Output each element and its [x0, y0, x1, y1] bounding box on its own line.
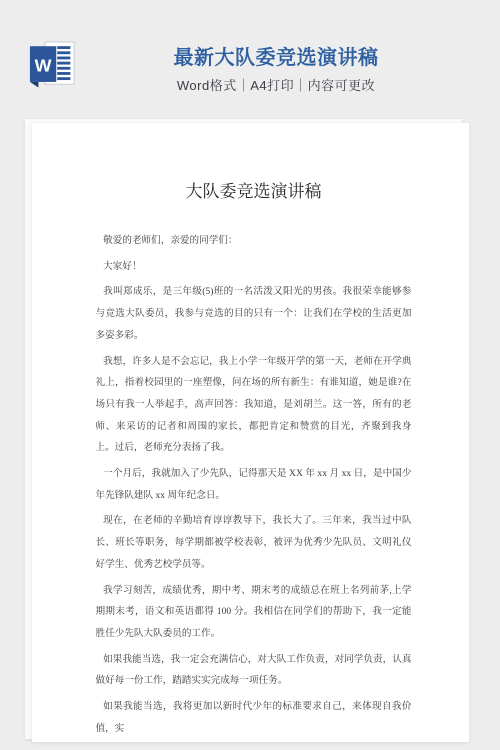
template-title: 最新大队委竞选演讲稿 — [52, 46, 500, 70]
document-page: 大队委竞选演讲稿 敬爱的老师们，亲爱的同学们：大家好！我叫郑成乐，是三年级(5)… — [32, 123, 469, 742]
paragraph: 现在，在老师的辛勤培育谆谆教导下，我长大了。三年来，我当过中队长、班长等职务，每… — [96, 510, 412, 575]
paragraph: 我叫郑成乐，是三年级(5)班的一名活泼又阳光的男孩。我很荣幸能够参与竞选大队委员… — [96, 281, 412, 346]
app-header: W 最新大队委竞选演讲稿 Word格式｜A4打印｜内容可更改 — [0, 0, 500, 123]
document-preview: 大队委竞选演讲稿 敬爱的老师们，亲爱的同学们：大家好！我叫郑成乐，是三年级(5)… — [32, 123, 469, 742]
paragraph: 我想，许多人是不会忘记，我上小学一年级开学的第一天，老师在开学典礼上，指着校园里… — [96, 351, 412, 460]
template-subtitle: Word格式｜A4打印｜内容可更改 — [52, 75, 500, 94]
document-body: 敬爱的老师们，亲爱的同学们：大家好！我叫郑成乐，是三年级(5)班的一名活泼又阳光… — [96, 230, 412, 739]
paragraph: 一个月后，我就加入了少先队，记得那天是 XX 年 xx 月 xx 日，是中国少年… — [96, 463, 412, 506]
paragraph: 如果我能当选，我将更加以新时代少年的标准要求自己，来体现自我价值，实 — [96, 696, 412, 739]
paragraph: 如果我能当选，我一定会充满信心，对大队工作负责，对同学负责，认真做好每一份工作，… — [96, 649, 412, 692]
paragraph: 我学习刻苦，成绩优秀，期中考、期末考的成绩总在班上名列前茅,上学期期末考，语文和… — [96, 580, 412, 645]
paragraph: 敬爱的老师们，亲爱的同学们： — [96, 230, 412, 252]
word-logo-icon: W — [29, 40, 76, 90]
document-title: 大队委竞选演讲稿 — [96, 177, 412, 202]
paragraph: 大家好！ — [96, 256, 412, 278]
svg-text:W: W — [35, 56, 52, 76]
